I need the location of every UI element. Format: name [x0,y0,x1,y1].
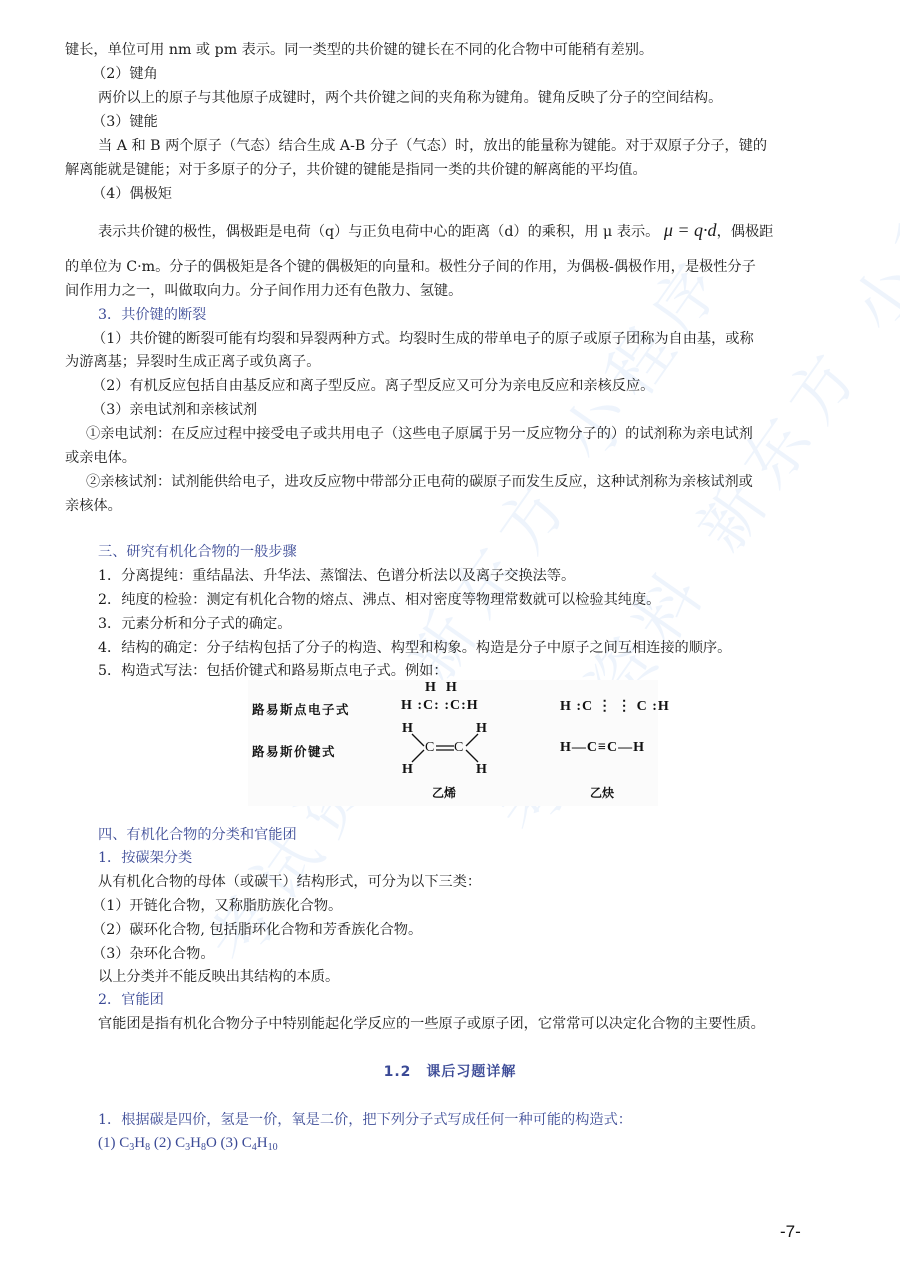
dipole-text: 表示共价键的极性，偶极距是电荷（q）与正负电荷中心的距离（d）的乘积，用 μ 表… [98,220,773,242]
functional-group-text: 官能团是指有机化合物分子中特别能起化学反应的一些原子或原子团，它常常可以决定化合… [98,1014,765,1034]
dipole-formula: μ = q·d [664,220,717,240]
dipole-text: 间作用力之一，叫做取向力。分子间作用力还有色散力、氢键。 [65,281,462,301]
cleavage-item: （1）共价键的断裂可能有均裂和异裂两种方式。均裂时生成的带单电子的原子或原子团称… [92,329,754,349]
ethylene-h: H [476,721,488,737]
electrophile-text: ①亲电试剂：在反应过程中接受电子或共用电子（这些电子原属于另一反应物分子的）的试… [86,424,753,444]
page-number: -7- [780,1222,801,1242]
bond-energy-heading: （3）键能 [92,112,158,132]
cleavage-heading: 3．共价键的断裂 [98,305,206,325]
classification-heading: 四、有机化合物的分类和官能团 [98,825,297,845]
exercise-question: 1．根据碳是四价，氢是一价，氧是二价，把下列分子式写成任何一种可能的构造式： [98,1110,632,1130]
acetylene-lewis-dot: H :C ⋮ ⋮ C :H [560,698,670,715]
step-item: 3．元素分析和分子式的确定。 [98,614,291,634]
ethylene-lewis-dot: H :C: :C:H [401,698,479,714]
dipole-heading: （4）偶极矩 [92,184,172,204]
ethylene-name: 乙烯 [432,784,456,801]
step-item: 5．构造式写法：包括价键式和路易斯点电子式。例如： [98,661,448,681]
carbon-skeleton-heading: 1．按碳架分类 [98,848,192,868]
classification-item: （3）杂环化合物。 [92,944,215,964]
cleavage-item: 为游离基；异裂时生成正离子或负离子。 [65,352,320,372]
nucleophile-text: ②亲核试剂：试剂能供给电子，进攻反应物中带部分正电荷的碳原子而发生反应，这种试剂… [86,472,753,492]
lewis-dot-label: 路易斯点电子式 [252,700,350,718]
acetylene-bond-structure: H—C≡C—H [560,740,645,756]
ethylene-c: C [454,740,464,756]
bond-energy-text: 解离能就是键能；对于多原子的分子，共价键的键能是指同一类的共价键的解离能的平均值… [65,160,647,180]
functional-group-heading: 2．官能团 [98,990,164,1010]
bond-energy-text: 当 A 和 B 两个原子（气态）结合生成 A-B 分子（气态）时，放出的能量称为… [98,136,767,156]
ethylene-top-hydrogens: H H [425,680,458,696]
formula-c3h8o: (2) C3H8O [150,1135,217,1151]
step-item: 1．分离提纯：重结晶法、升华法、蒸馏法、色谱分析法以及离子交换法等。 [98,566,575,586]
lewis-bond-label: 路易斯价键式 [252,742,336,760]
acetylene-name: 乙炔 [590,784,614,801]
ethylene-h: H [402,762,414,778]
formula-c3h8: (1) C3H8 [98,1135,150,1151]
electrophile-text: 或亲电体。 [65,448,136,468]
bond-angle-heading: （2）键角 [92,64,158,84]
section-title: 1.2 课后习题详解 [0,1061,900,1081]
nucleophile-text: 亲核体。 [65,496,122,516]
dipole-text-body: 表示共价键的极性，偶极距是电荷（q）与正负电荷中心的距离（d）的乘积，用 μ 表… [98,224,659,240]
formula-c4h10: (3) C4H10 [217,1135,278,1151]
step-item: 2．纯度的检验：测定有机化合物的熔点、沸点、相对密度等物理常数就可以检验其纯度。 [98,590,660,610]
classification-intro: 从有机化合物的母体（或碳干）结构形式，可分为以下三类： [98,872,481,892]
ethylene-h: H [402,721,414,737]
dipole-text: 的单位为 C·m。分子的偶极矩是各个键的偶极矩的向量和。极性分子间的作用，为偶极… [65,257,756,277]
exercise-formulas: (1) C3H8 (2) C3H8O (3) C4H10 [98,1133,278,1153]
bond-length-text: 键长，单位可用 nm 或 pm 表示。同一类型的共价键的键长在不同的化合物中可能… [65,40,653,60]
ethylene-h: H [476,762,488,778]
cleavage-item: （2）有机反应包括自由基反应和离子型反应。离子型反应又可分为亲电反应和亲核反应。 [92,376,654,396]
classification-item: （2）碳环化合物, 包括脂环化合物和芳香族化合物。 [92,920,422,940]
steps-heading: 三、研究有机化合物的一般步骤 [98,542,297,562]
classification-item: （1）开链化合物，又称脂肪族化合物。 [92,896,342,916]
bond-angle-text: 两价以上的原子与其他原子成键时，两个共价键之间的夹角称为键角。键角反映了分子的空… [98,88,722,108]
dipole-text-tail: ，偶极距 [717,224,774,240]
cleavage-item: （3）亲电试剂和亲核试剂 [92,400,257,420]
ethylene-c: C [425,740,435,756]
lewis-structure-figure: 路易斯点电子式 路易斯价键式 H H H :C: :C:H H H C C H … [248,680,658,806]
step-item: 4．结构的确定：分子结构包括了分子的构造、构型和构象。构造是分子中原子之间互相连… [98,638,731,658]
classification-note: 以上分类并不能反映出其结构的本质。 [98,967,339,987]
